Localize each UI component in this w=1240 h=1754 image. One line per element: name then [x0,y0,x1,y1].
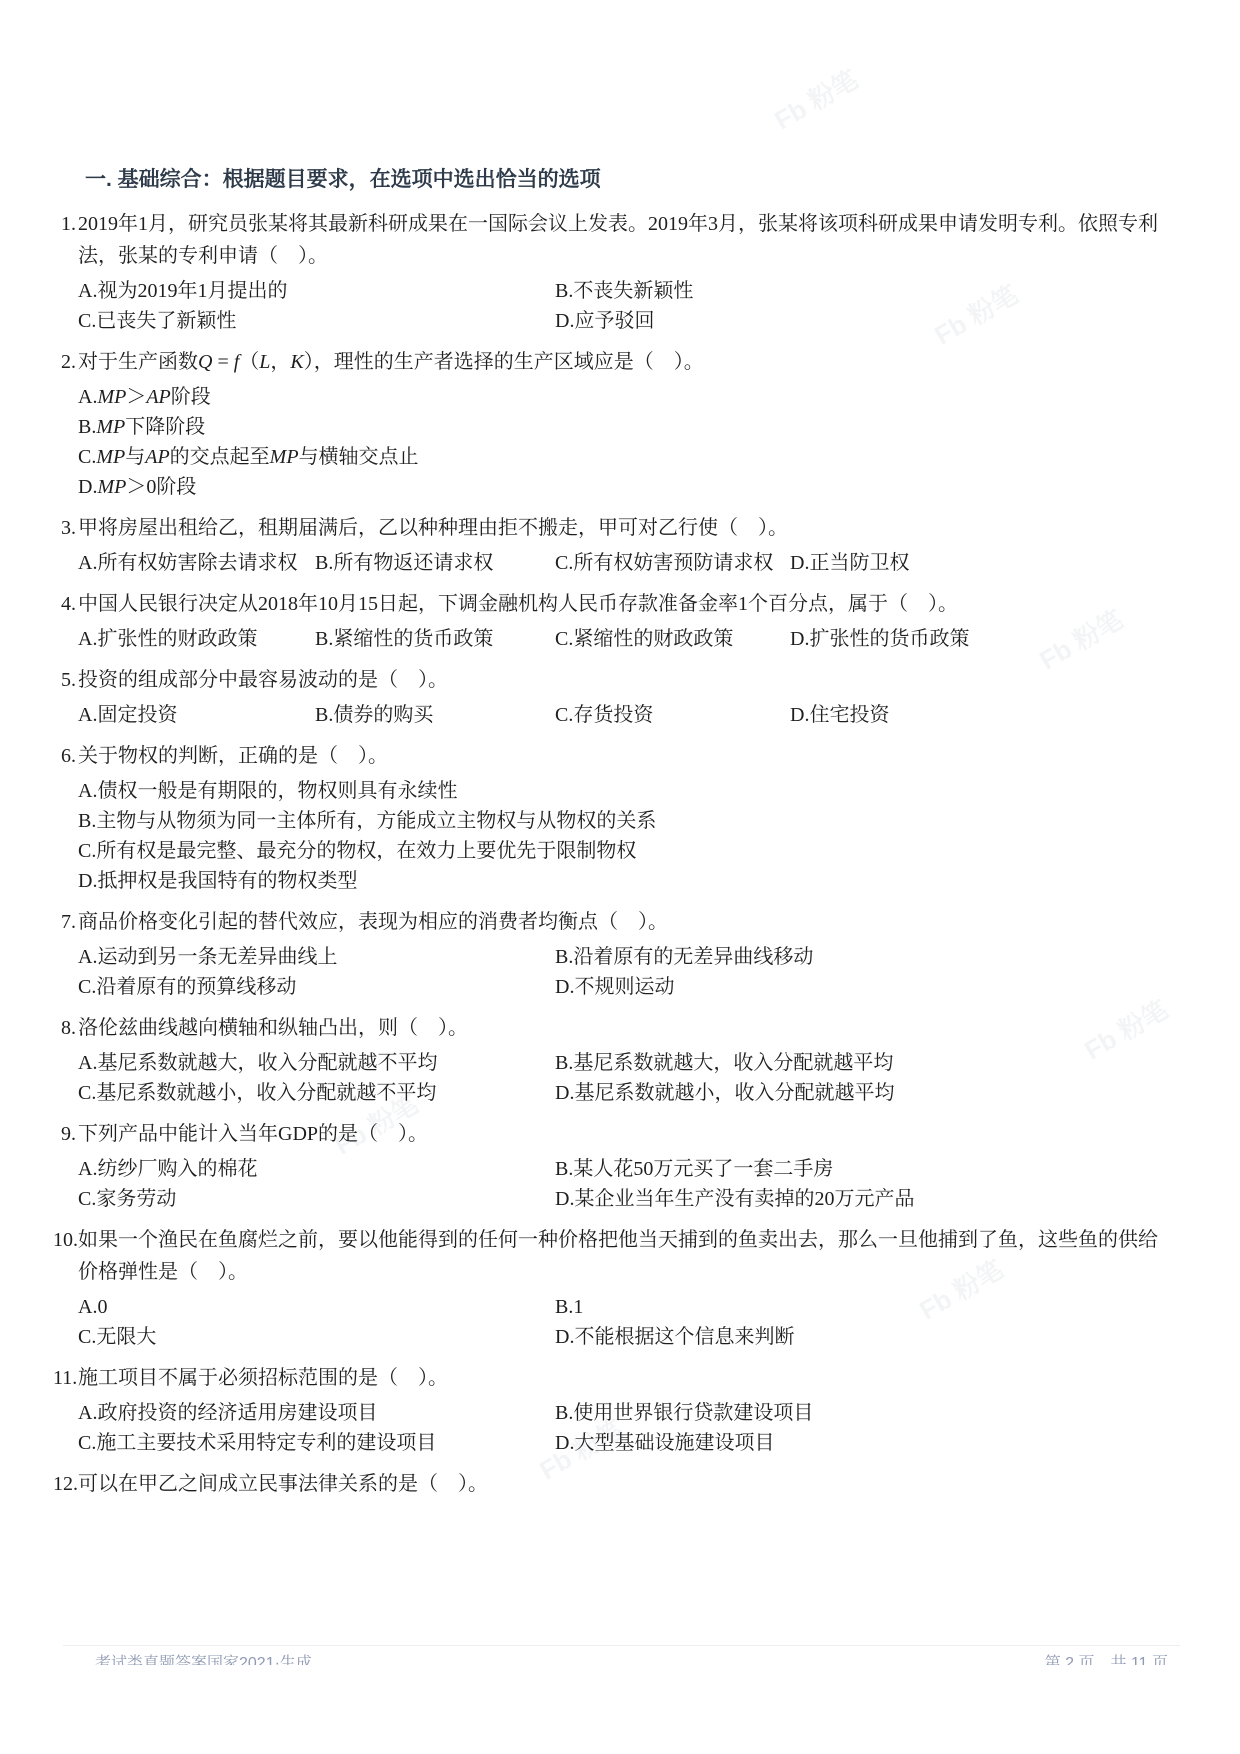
question: 6.关于物权的判断，正确的是（ ）。 A.债权一般是有期限的，物权则具有永续性B… [53,740,1168,896]
question-number: 8. [53,1012,76,1044]
question-stem: 3.甲将房屋出租给乙，租期届满后，乙以种种理由拒不搬走，甲可对乙行使（ ）。 [53,512,1168,544]
question: 3.甲将房屋出租给乙，租期届满后，乙以种种理由拒不搬走，甲可对乙行使（ ）。 A… [53,512,1168,578]
section-title: 一. 基础综合：根据题目要求，在选项中选出恰当的选项 [85,166,1168,194]
option: A.固定投资 [78,700,315,730]
question-options: A.固定投资B.债券的购买C.存货投资D.住宅投资 [78,700,1168,730]
question: 11.施工项目不属于必须招标范围的是（ ）。 A.政府投资的经济适用房建设项目B… [53,1362,1168,1458]
footer-document-label: 考试类真题答案国家2021·生成 [95,1654,312,1665]
option: C.沿着原有的预算线移动 [78,972,555,1002]
option: C.存货投资 [555,700,790,730]
question-stem: 4.中国人民银行决定从2018年10月15日起，下调金融机构人民币存款准备金率1… [53,588,1168,620]
question-stem: 12.可以在甲乙之间成立民事法律关系的是（ ）。 [53,1468,1168,1500]
question-stem: 10.如果一个渔民在鱼腐烂之前，要以他能得到的任何一种价格把他当天捕到的鱼卖出去… [53,1224,1168,1288]
option: A.视为2019年1月提出的 [78,276,555,306]
question-number: 9. [53,1118,76,1150]
question-stem: 1.2019年1月，研究员张某将其最新科研成果在一国际会议上发表。2019年3月… [53,208,1168,272]
question-text: 投资的组成部分中最容易波动的是（ ）。 [78,669,448,691]
question-options: A.政府投资的经济适用房建设项目B.使用世界银行贷款建设项目C.施工主要技术采用… [78,1398,1168,1458]
option: B.1 [555,1292,1168,1322]
option: B.所有物返还请求权 [315,548,555,578]
question-stem: 2.对于生产函数Q = f（L，K），理性的生产者选择的生产区域应是（ ）。 [53,346,1168,378]
option: D.不能根据这个信息来判断 [555,1322,1168,1352]
question-number: 1. [53,208,76,240]
option: A.运动到另一条无差异曲线上 [78,942,555,972]
option: D.不规则运动 [555,972,1168,1002]
question-text: 对于生产函数Q = f（L，K），理性的生产者选择的生产区域应是（ ）。 [78,351,704,373]
exam-content: 一. 基础综合：根据题目要求，在选项中选出恰当的选项 1.2019年1月，研究员… [53,166,1168,1506]
question-options: A.运动到另一条无差异曲线上B.沿着原有的无差异曲线移动C.沿着原有的预算线移动… [78,942,1168,1002]
question-stem: 5.投资的组成部分中最容易波动的是（ ）。 [53,664,1168,696]
question-options: A.基尼系数就越大，收入分配就越不平均B.基尼系数就越大，收入分配就越平均C.基… [78,1048,1168,1108]
question: 1.2019年1月，研究员张某将其最新科研成果在一国际会议上发表。2019年3月… [53,208,1168,336]
option: B.不丧失新颖性 [555,276,1168,306]
question-options: A.所有权妨害除去请求权B.所有物返还请求权C.所有权妨害预防请求权D.正当防卫… [78,548,1168,578]
option: C.无限大 [78,1322,555,1352]
option: B.基尼系数就越大，收入分配就越平均 [555,1048,1168,1078]
question-stem: 11.施工项目不属于必须招标范围的是（ ）。 [53,1362,1168,1394]
option: C.家务劳动 [78,1184,555,1214]
question: 4.中国人民银行决定从2018年10月15日起，下调金融机构人民币存款准备金率1… [53,588,1168,654]
question-number: 4. [53,588,76,620]
option: D.基尼系数就越小，收入分配就越平均 [555,1078,1168,1108]
question: 8.洛伦兹曲线越向横轴和纵轴凸出，则（ ）。 A.基尼系数就越大，收入分配就越不… [53,1012,1168,1108]
question-text: 可以在甲乙之间成立民事法律关系的是（ ）。 [78,1473,488,1495]
question: 7.商品价格变化引起的替代效应，表现为相应的消费者均衡点（ ）。 A.运动到另一… [53,906,1168,1002]
question: 9.下列产品中能计入当年GDP的是（ ）。 A.纺纱厂购入的棉花B.某人花50万… [53,1118,1168,1214]
question-number: 7. [53,906,76,938]
option: B.MP下降阶段 [78,412,1168,442]
question-number: 6. [53,740,76,772]
option: A.纺纱厂购入的棉花 [78,1154,555,1184]
question-text: 中国人民银行决定从2018年10月15日起，下调金融机构人民币存款准备金率1个百… [78,593,958,615]
option: A.政府投资的经济适用房建设项目 [78,1398,555,1428]
option: B.沿着原有的无差异曲线移动 [555,942,1168,972]
question: 2.对于生产函数Q = f（L，K），理性的生产者选择的生产区域应是（ ）。 A… [53,346,1168,502]
option: A.MP＞AP阶段 [78,382,1168,412]
question-text: 2019年1月，研究员张某将其最新科研成果在一国际会议上发表。2019年3月，张… [78,213,1158,267]
question-text: 关于物权的判断，正确的是（ ）。 [78,745,388,767]
question-number: 5. [53,664,76,696]
option: A.0 [78,1292,555,1322]
page-footer: 考试类真题答案国家2021·生成 第 2 页 共 11 页 [95,1654,1168,1665]
question-options: A.纺纱厂购入的棉花B.某人花50万元买了一套二手房C.家务劳动D.某企业当年生… [78,1154,1168,1214]
question-list: 1.2019年1月，研究员张某将其最新科研成果在一国际会议上发表。2019年3月… [53,208,1168,1500]
option: D.MP＞0阶段 [78,472,1168,502]
footer-divider [63,1645,1180,1646]
option: B.债券的购买 [315,700,555,730]
question-number: 2. [53,346,76,378]
question-text: 商品价格变化引起的替代效应，表现为相应的消费者均衡点（ ）。 [78,911,668,933]
option: D.应予驳回 [555,306,1168,336]
option: A.基尼系数就越大，收入分配就越不平均 [78,1048,555,1078]
question: 10.如果一个渔民在鱼腐烂之前，要以他能得到的任何一种价格把他当天捕到的鱼卖出去… [53,1224,1168,1352]
question-number: 10. [53,1224,76,1256]
question-options: A.视为2019年1月提出的B.不丧失新颖性C.已丧失了新颖性D.应予驳回 [78,276,1168,336]
question-text: 洛伦兹曲线越向横轴和纵轴凸出，则（ ）。 [78,1017,468,1039]
question: 12.可以在甲乙之间成立民事法律关系的是（ ）。 [53,1468,1168,1500]
option: C.紧缩性的财政政策 [555,624,790,654]
option: C.所有权妨害预防请求权 [555,548,790,578]
question-text: 如果一个渔民在鱼腐烂之前，要以他能得到的任何一种价格把他当天捕到的鱼卖出去，那么… [78,1229,1158,1283]
question-text: 下列产品中能计入当年GDP的是（ ）。 [78,1123,428,1145]
question-text: 甲将房屋出租给乙，租期届满后，乙以种种理由拒不搬走，甲可对乙行使（ ）。 [78,517,788,539]
option: A.所有权妨害除去请求权 [78,548,315,578]
fenbi-watermark: Fb 粉笔 [767,60,864,138]
option: D.大型基础设施建设项目 [555,1428,1168,1458]
option: D.某企业当年生产没有卖掉的20万元产品 [555,1184,1168,1214]
option: D.扩张性的货币政策 [790,624,1168,654]
question-options: A.MP＞AP阶段B.MP下降阶段C.MP与AP的交点起至MP与横轴交点止D.M… [78,382,1168,502]
option: A.债权一般是有期限的，物权则具有永续性 [78,776,1168,806]
option: C.施工主要技术采用特定专利的建设项目 [78,1428,555,1458]
footer-page-number: 第 2 页 共 11 页 [1045,1654,1168,1665]
option: C.所有权是最完整、最充分的物权，在效力上要优先于限制物权 [78,836,1168,866]
question-number: 3. [53,512,76,544]
option: B.紧缩性的货币政策 [315,624,555,654]
option: C.基尼系数就越小，收入分配就越不平均 [78,1078,555,1108]
exam-page: Fb 粉笔 Fb 粉笔 Fb 粉笔 Fb 粉笔 Fb 粉笔 Fb 粉笔 Fb 粉… [0,0,1240,1754]
option: C.MP与AP的交点起至MP与横轴交点止 [78,442,1168,472]
question: 5.投资的组成部分中最容易波动的是（ ）。 A.固定投资B.债券的购买C.存货投… [53,664,1168,730]
question-options: A.扩张性的财政政策B.紧缩性的货币政策C.紧缩性的财政政策D.扩张性的货币政策 [78,624,1168,654]
option: D.正当防卫权 [790,548,1168,578]
question-text: 施工项目不属于必须招标范围的是（ ）。 [78,1367,448,1389]
question-stem: 7.商品价格变化引起的替代效应，表现为相应的消费者均衡点（ ）。 [53,906,1168,938]
option: C.已丧失了新颖性 [78,306,555,336]
question-number: 11. [53,1362,76,1394]
option: B.某人花50万元买了一套二手房 [555,1154,1168,1184]
option: B.使用世界银行贷款建设项目 [555,1398,1168,1428]
question-stem: 8.洛伦兹曲线越向横轴和纵轴凸出，则（ ）。 [53,1012,1168,1044]
option: D.住宅投资 [790,700,1168,730]
question-stem: 9.下列产品中能计入当年GDP的是（ ）。 [53,1118,1168,1150]
option: D.抵押权是我国特有的物权类型 [78,866,1168,896]
question-number: 12. [53,1468,76,1500]
option: B.主物与从物须为同一主体所有，方能成立主物权与从物权的关系 [78,806,1168,836]
question-options: A.债权一般是有期限的，物权则具有永续性B.主物与从物须为同一主体所有，方能成立… [78,776,1168,896]
question-stem: 6.关于物权的判断，正确的是（ ）。 [53,740,1168,772]
option: A.扩张性的财政政策 [78,624,315,654]
question-options: A.0B.1C.无限大D.不能根据这个信息来判断 [78,1292,1168,1352]
